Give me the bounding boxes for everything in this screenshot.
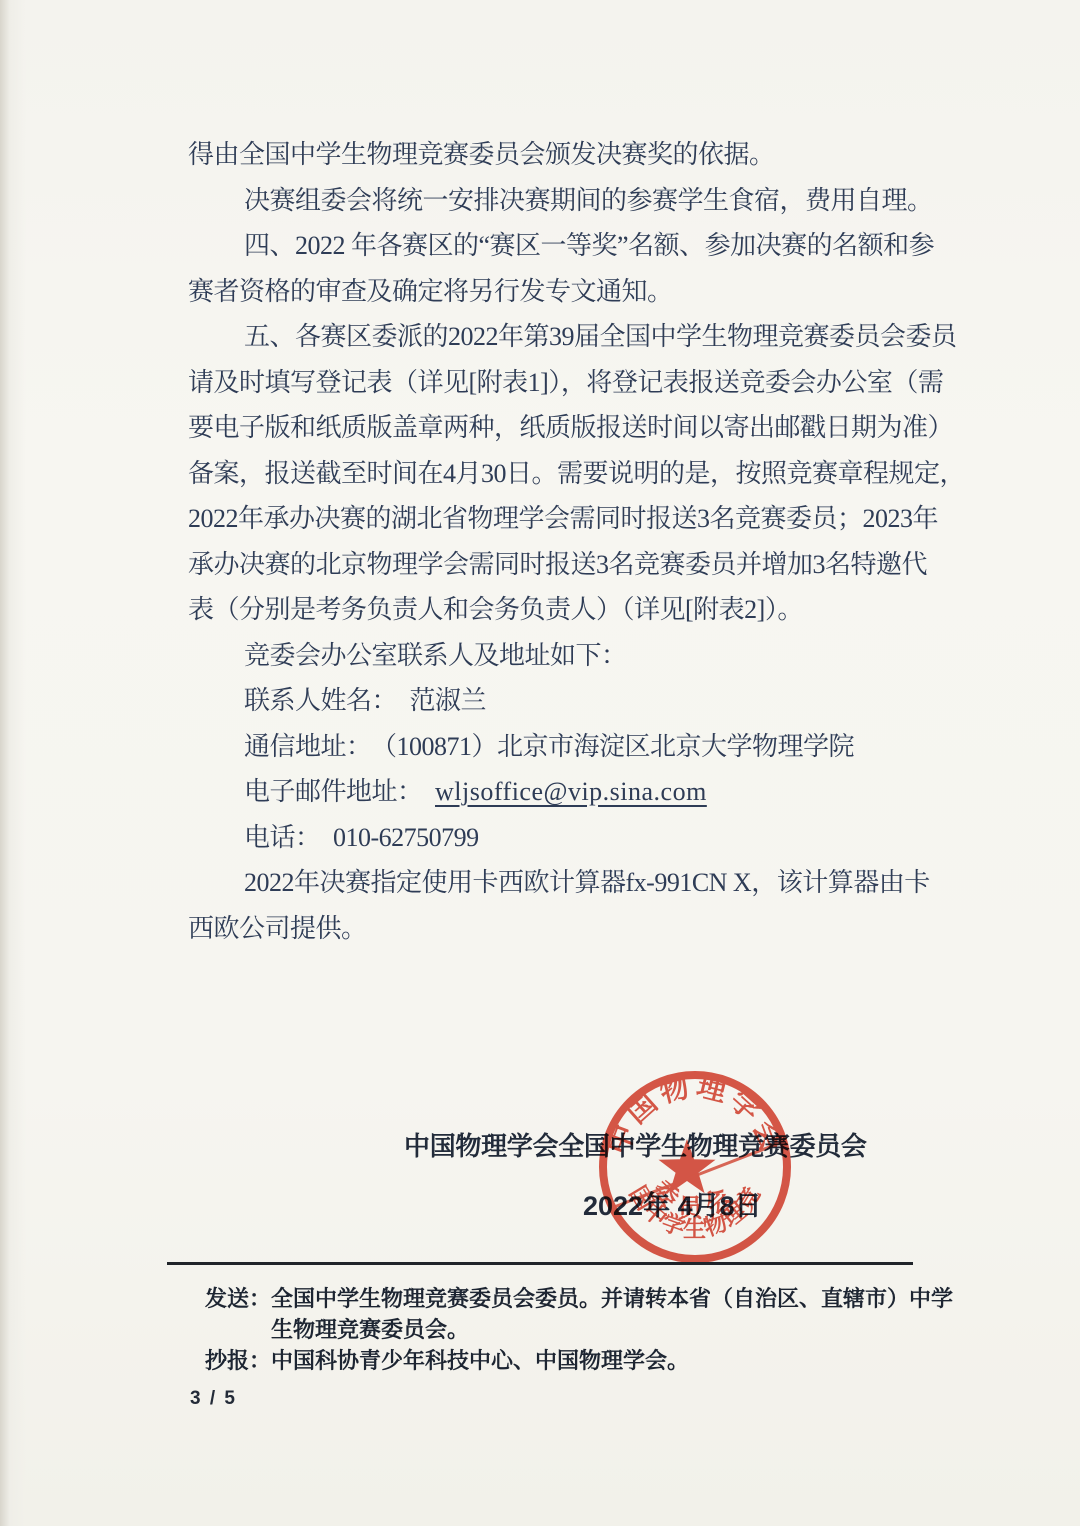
body-line: 赛者资格的审查及确定将另行发专文通知。 [188,269,988,315]
body-line: 2022年承办决赛的湖北省物理学会需同时报送3名竞赛委员；2023年 [188,496,988,542]
body-line: 西欧公司提供。 [188,906,988,952]
svg-text:中国物理学会: 中国物理学会 [601,1069,789,1158]
body-line: 请及时填写登记表（详见[附表1]），将登记表报送竞委会办公室（需 [188,360,988,406]
body-line: 四、2022 年各赛区的“赛区一等奖”名额、参加决赛的名额和参 [188,223,988,269]
send-to-text: 全国中学生物理竞赛委员会委员。并请转本省（自治区、直辖市）中学 [271,1286,953,1311]
body-line: 得由全国中学生物理竞赛委员会颁发决赛奖的依据。 [188,132,988,178]
body-line: 要电子版和纸质版盖章两种，纸质版报送时间以寄出邮戳日期为准） [188,405,988,451]
contact-phone-line: 电话： 010-62750799 [188,815,988,861]
email-label: 电子邮件地址： [244,777,435,806]
document-body: 得由全国中学生物理竞赛委员会颁发决赛奖的依据。 决赛组委会将统一安排决赛期间的参… [188,132,988,951]
copy-to-label: 抄报： [205,1348,271,1373]
body-line: 表（分别是考务负责人和会务负责人）（详见[附表2]）。 [188,587,988,633]
email-address: wljsoffice@vip.sina.com [435,777,707,806]
contact-address-line: 通信地址： （100871）北京市海淀区北京大学物理学院 [188,724,988,770]
copy-to-line: 抄报：中国科协青少年科技中心、中国物理学会。 [205,1345,995,1376]
page-number: 3 / 5 [190,1388,237,1410]
send-to-line: 发送：全国中学生物理竞赛委员会委员。并请转本省（自治区、直辖市）中学 [205,1283,995,1314]
copy-to-text: 中国科协青少年科技中心、中国物理学会。 [271,1348,689,1373]
body-line: 备案，报送截至时间在4月30日。需要说明的是，按照竞赛章程规定， [188,451,988,497]
send-to-line-continued: 生物理竞赛委员会。 [205,1314,995,1345]
scanned-document-page: 得由全国中学生物理竞赛委员会颁发决赛奖的依据。 决赛组委会将统一安排决赛期间的参… [0,0,1080,1526]
body-line: 竞委会办公室联系人及地址如下： [188,633,988,679]
footer-divider-line [167,1262,913,1265]
contact-name-line: 联系人姓名： 范淑兰 [188,678,988,724]
body-line: 决赛组委会将统一安排决赛期间的参赛学生食宿，费用自理。 [188,178,988,224]
body-line: 承办决赛的北京物理学会需同时报送3名竞赛委员并增加3名特邀代 [188,542,988,588]
body-line: 2022年决赛指定使用卡西欧计算器fx-991CN X，该计算器由卡 [188,860,988,906]
seal-top-arc-text: 中国物理学会 [601,1069,789,1158]
distribution-footer: 发送：全国中学生物理竞赛委员会委员。并请转本省（自治区、直辖市）中学 生物理竞赛… [205,1283,995,1376]
body-line: 五、各赛区委派的2022年第39届全国中学生物理竞赛委员会委员 [188,314,988,360]
send-to-label: 发送： [205,1286,271,1311]
contact-email-line: 电子邮件地址： wljsoffice@vip.sina.com [188,769,988,815]
official-seal-stamp: 中国物理学会 全国中学生物理竞赛 委员会 [585,1057,805,1277]
